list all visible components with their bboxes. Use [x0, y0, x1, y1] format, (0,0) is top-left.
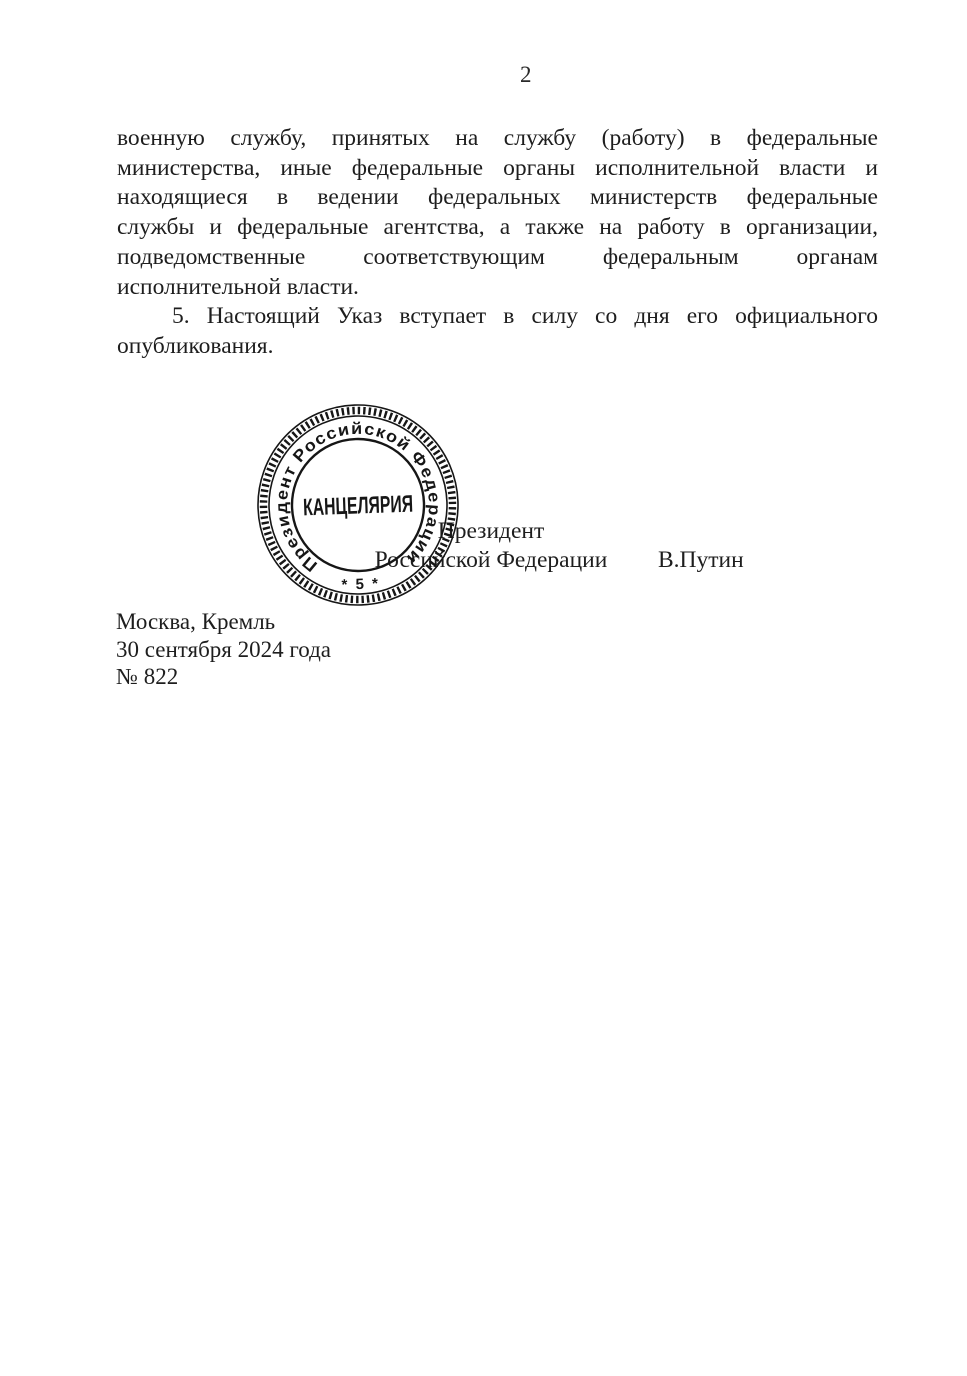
body-line: подведомственные соответствующим федерал… — [117, 243, 878, 273]
decree-body-text: военную службу, принятых на службу (рабо… — [117, 124, 878, 362]
body-line: находящиеся в ведении федеральных минист… — [117, 183, 878, 213]
footer-place: Москва, Кремль — [116, 608, 331, 636]
body-line-clause-5: 5. Настоящий Указ вступает в силу со дня… — [117, 302, 878, 332]
chancellery-stamp-seal-icon: Президент Российской Федерации КАНЦЕЛЯРИ… — [248, 395, 467, 614]
stamp-center-text: КАНЦЕЛЯРИЯ — [303, 491, 414, 522]
body-line: исполнительной власти. — [117, 273, 878, 303]
place-date-number-block: Москва, Кремль 30 сентября 2024 года № 8… — [116, 608, 331, 691]
body-line: опубликования. — [117, 332, 878, 362]
stamp-bottom-number: * 5 * — [341, 575, 380, 593]
footer-date: 30 сентября 2024 года — [116, 636, 331, 664]
body-line: министерства, иные федеральные органы ис… — [117, 154, 878, 184]
page-number: 2 — [520, 62, 532, 88]
footer-decree-number: № 822 — [116, 663, 331, 691]
body-line: военную службу, принятых на службу (рабо… — [117, 124, 878, 154]
chancellery-stamp: Президент Российской Федерации КАНЦЕЛЯРИ… — [248, 395, 467, 614]
body-line: службы и федеральные агентства, а также … — [117, 213, 878, 243]
signature-name: В.Путин — [658, 546, 744, 575]
document-page: 2 военную службу, принятых на службу (ра… — [0, 0, 967, 1376]
